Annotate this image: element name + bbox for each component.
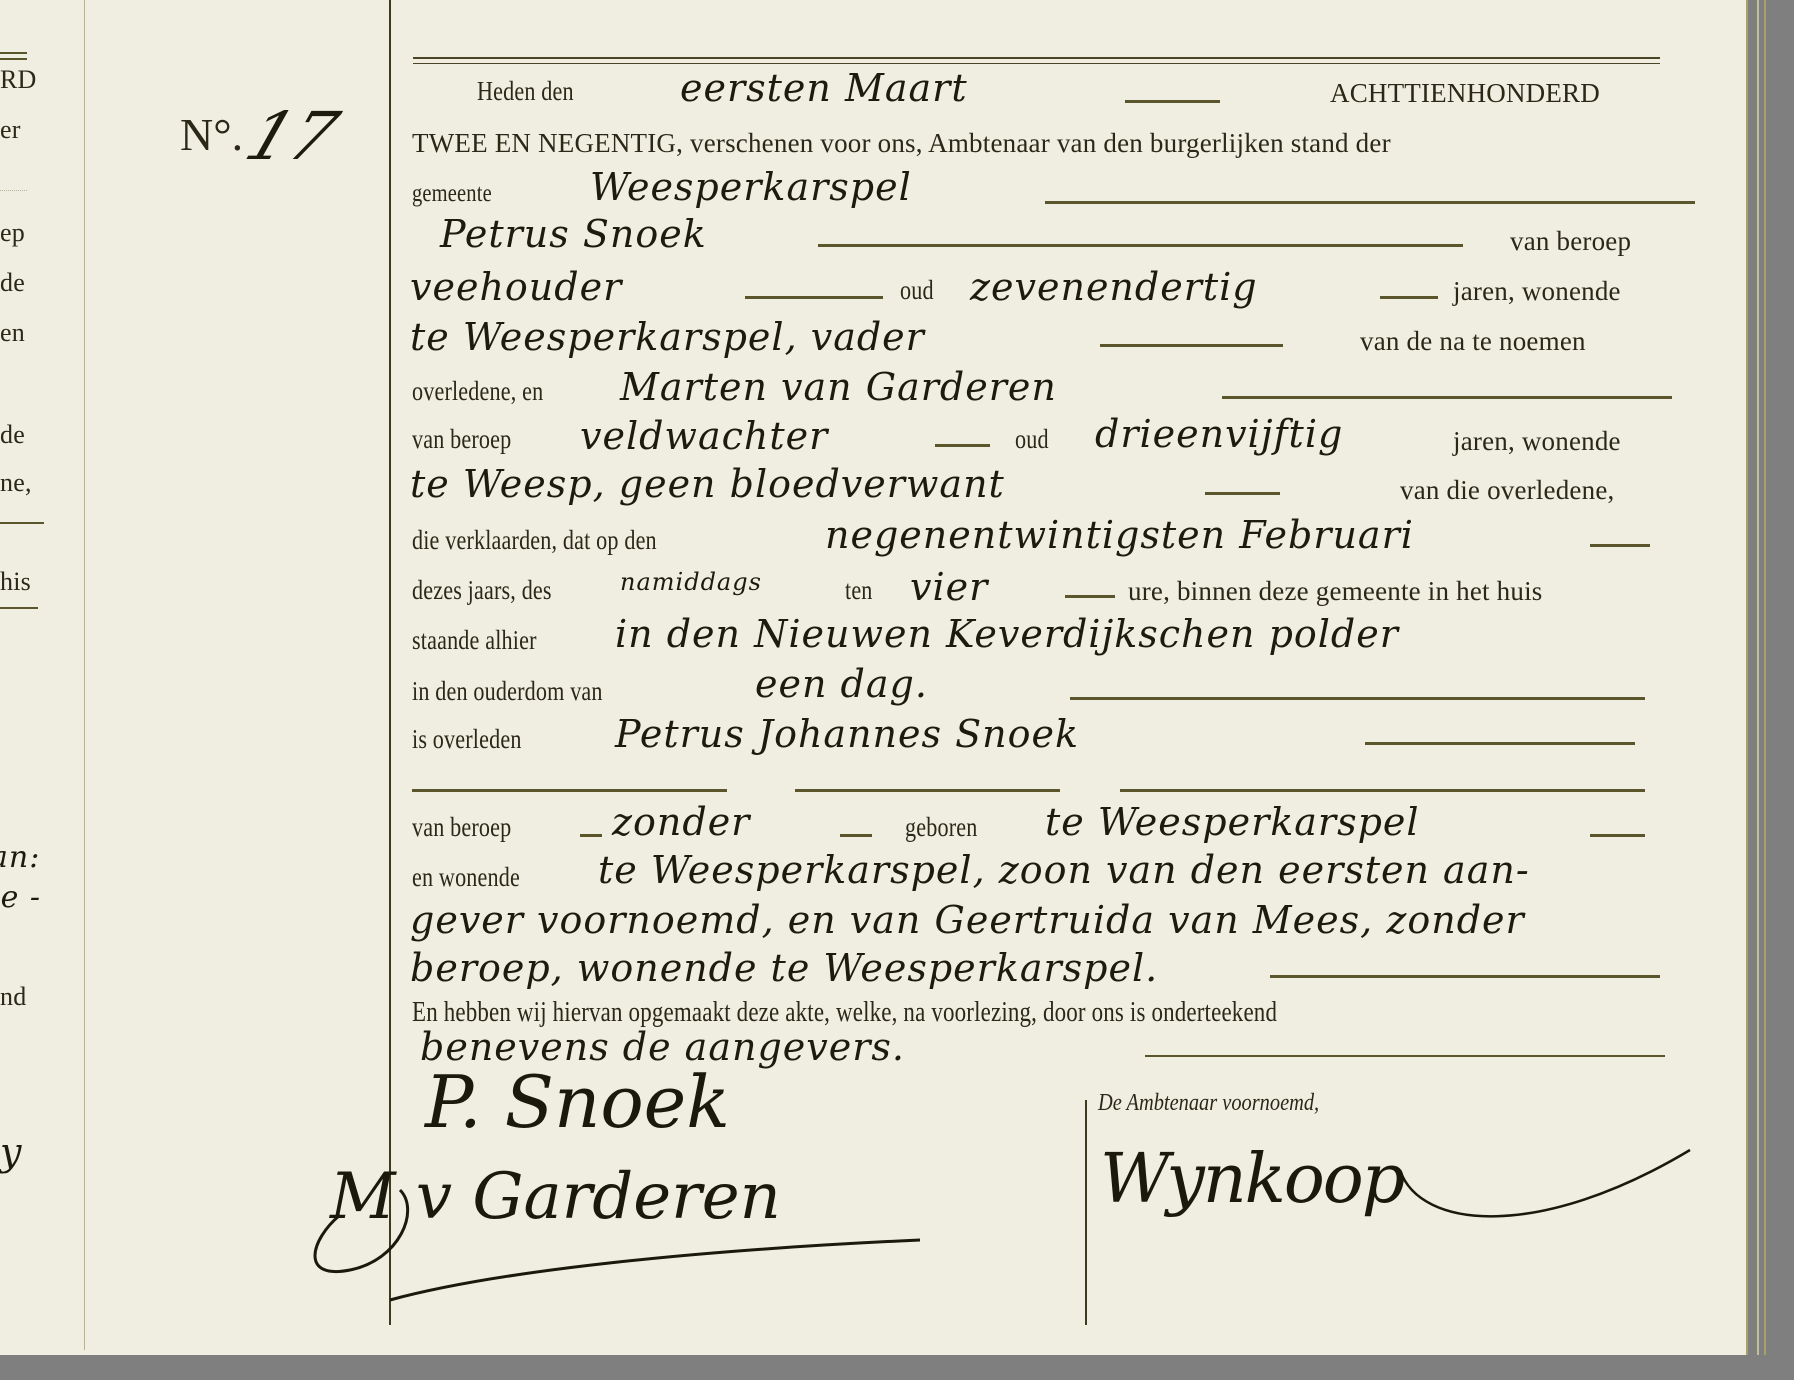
fill-rule	[795, 789, 1060, 792]
fill-rule	[840, 834, 872, 837]
label-in-den-ouderdom: in den ouderdom van	[412, 676, 603, 707]
double-rule-top	[413, 57, 1660, 59]
hw-mother-residence: beroep, wonende te Weesperkarspel.	[410, 946, 1158, 990]
fragment: nd	[0, 982, 26, 1012]
fill-rule	[1045, 201, 1695, 204]
label-oud: oud	[900, 275, 934, 306]
fragment: RD	[0, 65, 37, 95]
page-edge	[1764, 0, 1766, 1355]
fill-rule	[745, 296, 883, 299]
fill-rule	[1222, 396, 1672, 399]
signature-official-flourish	[1380, 1130, 1720, 1250]
label-jaren-wonende: jaren, wonende	[1453, 426, 1621, 457]
column-line	[389, 0, 391, 1325]
official-label: De Ambtenaar voornoemd,	[1098, 1090, 1319, 1117]
label-is-overleden: is overleden	[412, 724, 522, 755]
double-rule	[0, 52, 27, 54]
record-number-label: N°.	[180, 108, 243, 161]
fill-rule	[1065, 595, 1115, 598]
fragment: his	[0, 567, 31, 597]
label-dezes-jaars: dezes jaars, des	[412, 575, 552, 606]
label-van-beroep: van beroep	[1510, 226, 1631, 257]
label-staande-alhier: staande alhier	[412, 625, 537, 656]
fill-rule	[1125, 100, 1220, 103]
rule	[0, 607, 38, 609]
hw-declarant2: Marten van Garderen	[620, 365, 1057, 409]
binding-fold	[84, 0, 85, 1350]
rule	[0, 522, 44, 524]
hw-location: in den Nieuwen Keverdijkschen polder	[615, 612, 1399, 656]
fragment-handwritten: le -	[0, 880, 41, 915]
label-van-beroep: van beroep	[412, 812, 511, 843]
label-die-verklaarden: die verklaarden, dat op den	[412, 525, 657, 556]
fragment: en	[0, 318, 25, 348]
hw-occupation1: veehouder	[410, 265, 622, 309]
label-overledene-en: overledene, en	[412, 376, 543, 407]
label-gemeente: gemeente	[412, 180, 492, 208]
signature-divider	[1085, 1100, 1087, 1325]
label-en-wonende: en wonende	[412, 862, 520, 893]
label-oud: oud	[1015, 424, 1049, 455]
fill-rule	[1145, 1055, 1665, 1057]
fill-rule	[935, 444, 990, 447]
label-year-text: TWEE EN NEGENTIG, verschenen voor ons, A…	[412, 128, 1391, 159]
label-geboren: geboren	[905, 812, 977, 843]
signature-flourish	[300, 1150, 1000, 1320]
fill-rule	[1590, 834, 1645, 837]
label-ten: ten	[845, 575, 873, 606]
page-edge	[1757, 0, 1759, 1355]
label-ure-binnen: ure, binnen deze gemeente in het huis	[1128, 576, 1543, 607]
hw-parents: gever voornoemd, en van Geertruida van M…	[410, 898, 1525, 942]
label-year-prefix: ACHTTIENHONDERD	[1330, 78, 1600, 109]
fragment: ne,	[0, 468, 32, 498]
hw-death-date: negenentwintigsten Februari	[825, 513, 1414, 557]
hw-occupation2: veldwachter	[580, 414, 828, 458]
fill-rule	[1205, 492, 1280, 495]
fragment-handwritten: an:	[0, 840, 40, 875]
record-number: 17	[236, 98, 348, 175]
fill-rule	[412, 789, 727, 792]
fill-rule	[580, 834, 602, 837]
fill-rule	[1590, 544, 1650, 547]
signature-official: Wynkoop	[1100, 1140, 1403, 1219]
register-page: RD er ep de en de ne, his an: le - nd y …	[0, 0, 1748, 1355]
hw-occupation-deceased: zonder	[612, 800, 750, 844]
label-van-beroep: van beroep	[412, 424, 511, 455]
hw-age2: drieenvijftig	[1095, 412, 1343, 456]
hw-hour: vier	[910, 565, 988, 609]
signature-declarant1: P. Snoek	[425, 1060, 730, 1144]
hw-birthplace: te Weesperkarspel	[1045, 800, 1420, 844]
fill-rule	[1380, 296, 1438, 299]
hw-deceased: Petrus Johannes Snoek	[615, 712, 1079, 756]
hw-age-deceased: een dag.	[755, 662, 928, 706]
hw-residence2: te Weesp, geen bloedverwant	[410, 462, 1005, 506]
hw-daypart: namiddags	[620, 568, 762, 596]
label-heden-den: Heden den	[477, 76, 574, 107]
fragment: de	[0, 420, 25, 450]
fill-rule	[1270, 975, 1660, 978]
label-jaren-wonende: jaren, wonende	[1453, 276, 1621, 307]
label-van-de-na-te-noemen: van de na te noemen	[1360, 326, 1586, 357]
double-rule	[0, 58, 27, 60]
dotted-line	[0, 190, 27, 191]
fragment: er	[0, 115, 21, 145]
fill-rule	[1120, 789, 1645, 792]
label-van-die-overledene: van die overledene,	[1400, 475, 1614, 506]
fragment: ep	[0, 218, 25, 248]
fill-rule	[1070, 697, 1645, 700]
double-rule-top	[413, 63, 1660, 64]
page-edge	[1746, 0, 1748, 1355]
fill-rule	[1100, 344, 1283, 347]
hw-age1: zevenendertig	[970, 265, 1258, 309]
fragment-handwritten: y	[0, 1130, 22, 1174]
hw-municipality: Weesperkarspel	[590, 165, 912, 209]
hw-date: eersten Maart	[680, 66, 968, 110]
hw-declarant1: Petrus Snoek	[440, 212, 707, 256]
hw-residence-deceased: te Weesperkarspel, zoon van den eersten …	[598, 848, 1530, 892]
fragment: de	[0, 268, 25, 298]
fill-rule	[1365, 742, 1635, 745]
hw-residence1: te Weesperkarspel, vader	[410, 315, 925, 359]
fill-rule	[818, 244, 1463, 247]
